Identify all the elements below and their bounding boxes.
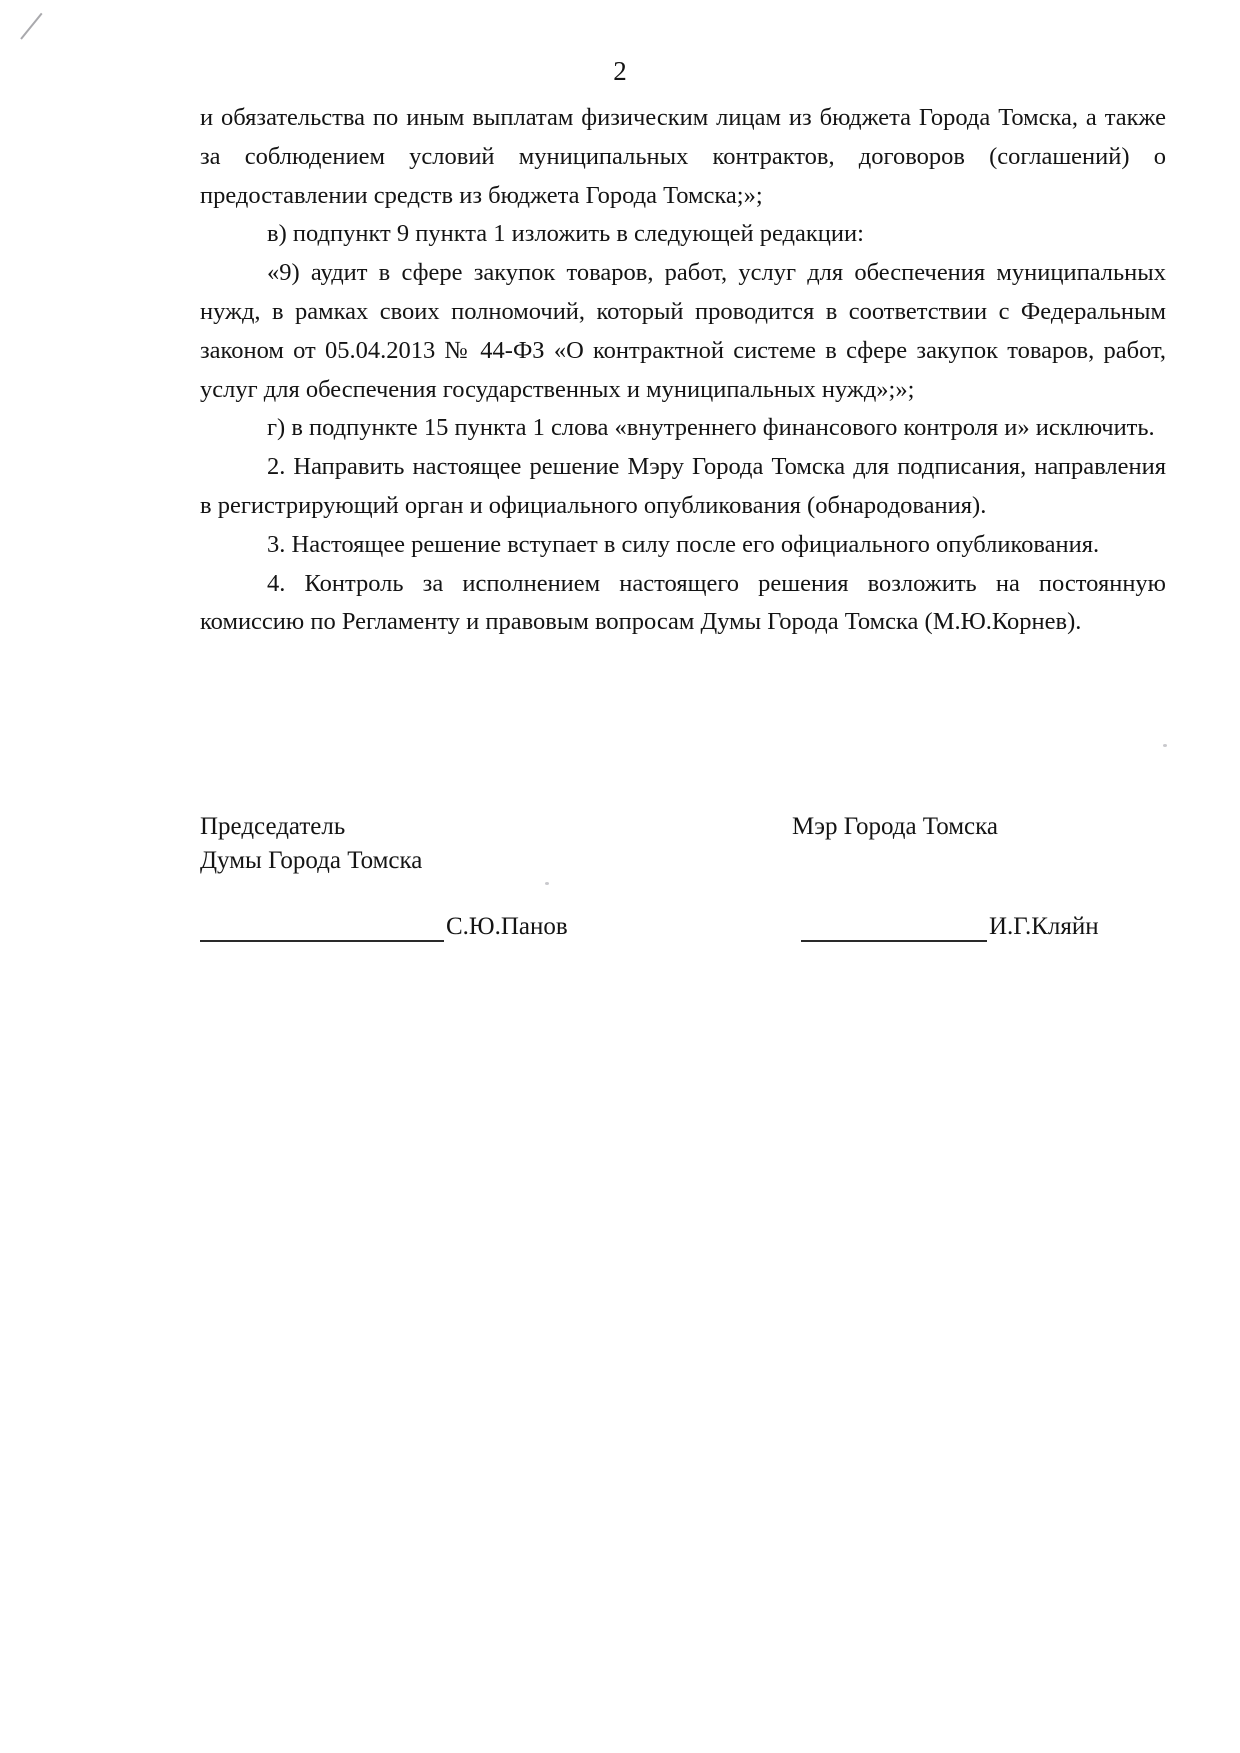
scan-artifact-speck [1163,744,1167,747]
signatory-title-right: Мэр Города Томска [792,810,998,844]
signature-line-left [200,910,444,942]
scan-artifact-speck [545,882,549,885]
signatory-title-left-line1: Председатель [200,810,422,844]
signatory-title-left: Председатель Думы Города Томска [200,810,422,878]
signature-row-left: С.Ю.Панов [200,910,568,942]
document-page: 2 и обязательства по иным выплатам физич… [0,0,1240,1753]
paragraph-item-4: 4. Контроль за исполнением настоящего ре… [200,565,1166,643]
paragraph-quote-9: «9) аудит в сфере закупок товаров, работ… [200,254,1166,409]
signature-row-right: И.Г.Кляйн [801,910,1099,942]
signatory-name-right: И.Г.Кляйн [987,911,1099,942]
signatory-title-left-line2: Думы Города Томска [200,844,422,878]
paragraph-item-3: 3. Настоящее решение вступает в силу пос… [200,526,1166,565]
paragraph-continuation: и обязательства по иным выплатам физичес… [200,99,1166,215]
paragraph-subitem-g: г) в подпункте 15 пункта 1 слова «внутре… [200,409,1166,448]
paragraph-subitem-v: в) подпункт 9 пункта 1 изложить в следую… [200,215,1166,254]
page-number: 2 [0,56,1240,86]
document-body: и обязательства по иным выплатам физичес… [200,99,1166,642]
signatory-name-left: С.Ю.Панов [444,911,568,942]
signature-line-right [801,910,987,942]
scan-artifact-diagonal-line [20,13,42,40]
paragraph-item-2: 2. Направить настоящее решение Мэру Горо… [200,448,1166,526]
